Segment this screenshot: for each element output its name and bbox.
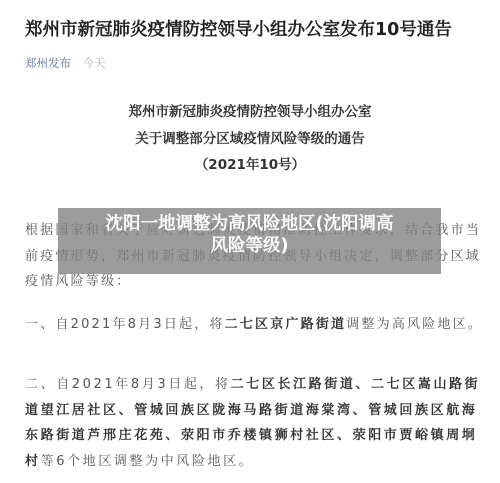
item-one-prefix: 一、自2021年8月3日起，将 [25, 317, 225, 332]
notice-number: （2021年10号） [0, 152, 500, 179]
item-two-prefix: 二、自2021年8月3日起，将 [25, 377, 231, 392]
article-title: 郑州市新冠肺炎疫情防控领导小组办公室发布10号通告 [25, 18, 485, 42]
article-meta: 郑州发布 今天 [25, 55, 106, 71]
overlay-line-1: 沈阳一地调整为高风险地区(沈阳调高 [58, 213, 441, 235]
item-one-area: 二七区京广路街道 [225, 317, 347, 332]
publish-date: 今天 [83, 56, 106, 70]
headline-overlay: 沈阳一地调整为高风险地区(沈阳调高 风险等级) [58, 208, 441, 274]
notice-header: 郑州市新冠肺炎疫情防控领导小组办公室 关于调整部分区域疫情风险等级的通告 （20… [0, 99, 500, 179]
item-one-paragraph: 一、自2021年8月3日起，将二七区京广路街道调整为高风险地区。 [25, 312, 485, 338]
item-one-suffix: 调整为高风险地区。 [346, 317, 483, 332]
item-two-paragraph: 二、自2021年8月3日起，将二七区长江路街道、二七区嵩山路街道望江居社区、管城… [25, 372, 485, 474]
notice-subject: 关于调整部分区域疫情风险等级的通告 [0, 126, 500, 153]
source-link[interactable]: 郑州发布 [25, 56, 71, 70]
notice-issuer: 郑州市新冠肺炎疫情防控领导小组办公室 [0, 99, 500, 126]
item-two-suffix: 等6个地区调整为中风险地区。 [41, 454, 255, 469]
overlay-line-2: 风险等级) [58, 235, 441, 257]
